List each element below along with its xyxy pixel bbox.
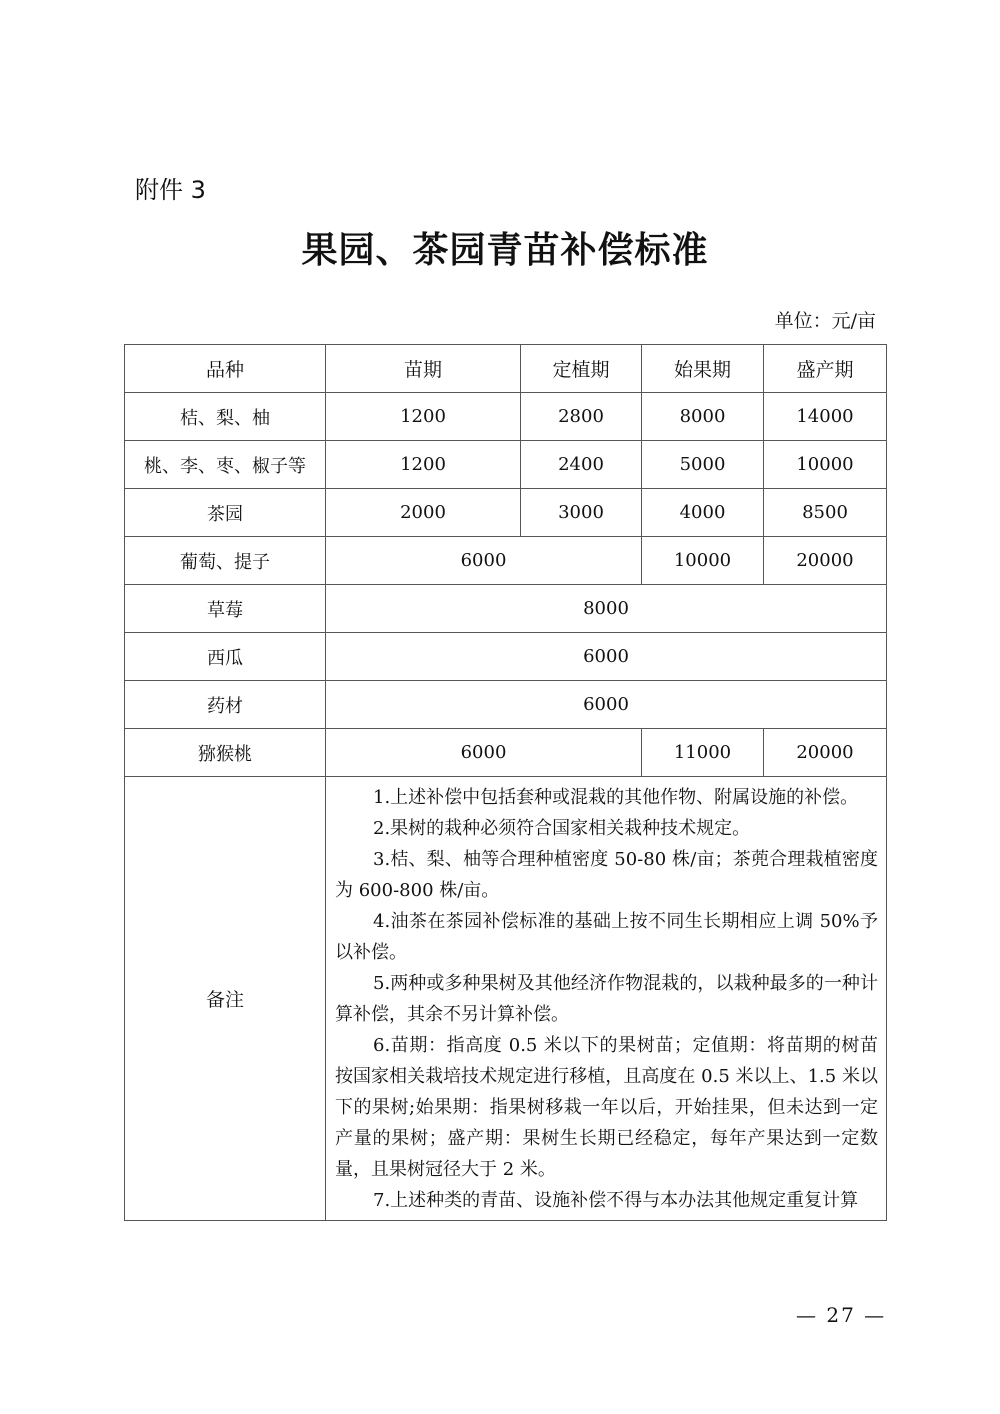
cell-full-production: 8500 (764, 489, 887, 537)
table-row: 草莓 8000 (125, 585, 887, 633)
cell-full-production: 14000 (764, 393, 887, 441)
table-row: 猕猴桃 6000 11000 20000 (125, 729, 887, 777)
note-item: 4.油茶在茶园补偿标准的基础上按不同生长期相应上调 50%予以补偿。 (335, 906, 878, 968)
cell-seedling-planting: 6000 (326, 729, 642, 777)
cell-all-periods: 6000 (326, 681, 887, 729)
note-item: 6.苗期：指高度 0.5 米以下的果树苗；定值期：将苗期的树苗按国家相关栽培技术… (335, 1030, 878, 1185)
cell-early-fruit: 10000 (642, 537, 764, 585)
note-item: 1.上述补偿中包括套种或混栽的其他作物、附属设施的补偿。 (335, 782, 878, 813)
header-full-production: 盛产期 (764, 345, 887, 393)
document-title: 果园、茶园青苗补偿标准 (0, 222, 1000, 273)
cell-full-production: 20000 (764, 729, 887, 777)
cell-full-production: 20000 (764, 537, 887, 585)
note-item: 5.两种或多种果树及其他经济作物混栽的，以栽种最多的一种计算补偿，其余不另计算补… (335, 968, 878, 1030)
cell-variety: 葡萄、提子 (125, 537, 326, 585)
cell-variety: 西瓜 (125, 633, 326, 681)
cell-variety: 桃、李、枣、椒子等 (125, 441, 326, 489)
note-item: 2.果树的栽种必须符合国家相关栽种技术规定。 (335, 813, 878, 844)
cell-planting: 2800 (521, 393, 642, 441)
cell-planting: 2400 (521, 441, 642, 489)
header-early-fruit: 始果期 (642, 345, 764, 393)
page-number: — 27 — (796, 1303, 886, 1327)
attachment-label: 附件 3 (135, 170, 206, 205)
notes-content: 1.上述补偿中包括套种或混栽的其他作物、附属设施的补偿。 2.果树的栽种必须符合… (326, 777, 887, 1221)
cell-seedling: 1200 (326, 393, 521, 441)
header-variety: 品种 (125, 345, 326, 393)
table-row: 桃、李、枣、椒子等 1200 2400 5000 10000 (125, 441, 887, 489)
note-item: 3.桔、梨、柚等合理种植密度 50-80 株/亩；茶蔸合理栽植密度为 600-8… (335, 844, 878, 906)
cell-seedling-planting: 6000 (326, 537, 642, 585)
cell-early-fruit: 11000 (642, 729, 764, 777)
cell-early-fruit: 8000 (642, 393, 764, 441)
notes-label: 备注 (125, 777, 326, 1221)
table-row: 葡萄、提子 6000 10000 20000 (125, 537, 887, 585)
cell-full-production: 10000 (764, 441, 887, 489)
table-row: 茶园 2000 3000 4000 8500 (125, 489, 887, 537)
notes-row: 备注 1.上述补偿中包括套种或混栽的其他作物、附属设施的补偿。 2.果树的栽种必… (125, 777, 887, 1221)
cell-seedling: 1200 (326, 441, 521, 489)
table-header-row: 品种 苗期 定植期 始果期 盛产期 (125, 345, 887, 393)
cell-all-periods: 6000 (326, 633, 887, 681)
cell-variety: 药材 (125, 681, 326, 729)
header-seedling: 苗期 (326, 345, 521, 393)
table-row: 药材 6000 (125, 681, 887, 729)
cell-planting: 3000 (521, 489, 642, 537)
cell-variety: 桔、梨、柚 (125, 393, 326, 441)
cell-variety: 草莓 (125, 585, 326, 633)
note-item: 7.上述种类的青苗、设施补偿不得与本办法其他规定重复计算 (335, 1185, 878, 1216)
compensation-table: 品种 苗期 定植期 始果期 盛产期 桔、梨、柚 1200 2800 8000 1… (124, 344, 887, 1221)
header-planting: 定植期 (521, 345, 642, 393)
unit-label: 单位：元/亩 (775, 306, 876, 333)
cell-early-fruit: 4000 (642, 489, 764, 537)
cell-all-periods: 8000 (326, 585, 887, 633)
cell-seedling: 2000 (326, 489, 521, 537)
cell-variety: 茶园 (125, 489, 326, 537)
table-row: 桔、梨、柚 1200 2800 8000 14000 (125, 393, 887, 441)
table-row: 西瓜 6000 (125, 633, 887, 681)
cell-variety: 猕猴桃 (125, 729, 326, 777)
cell-early-fruit: 5000 (642, 441, 764, 489)
